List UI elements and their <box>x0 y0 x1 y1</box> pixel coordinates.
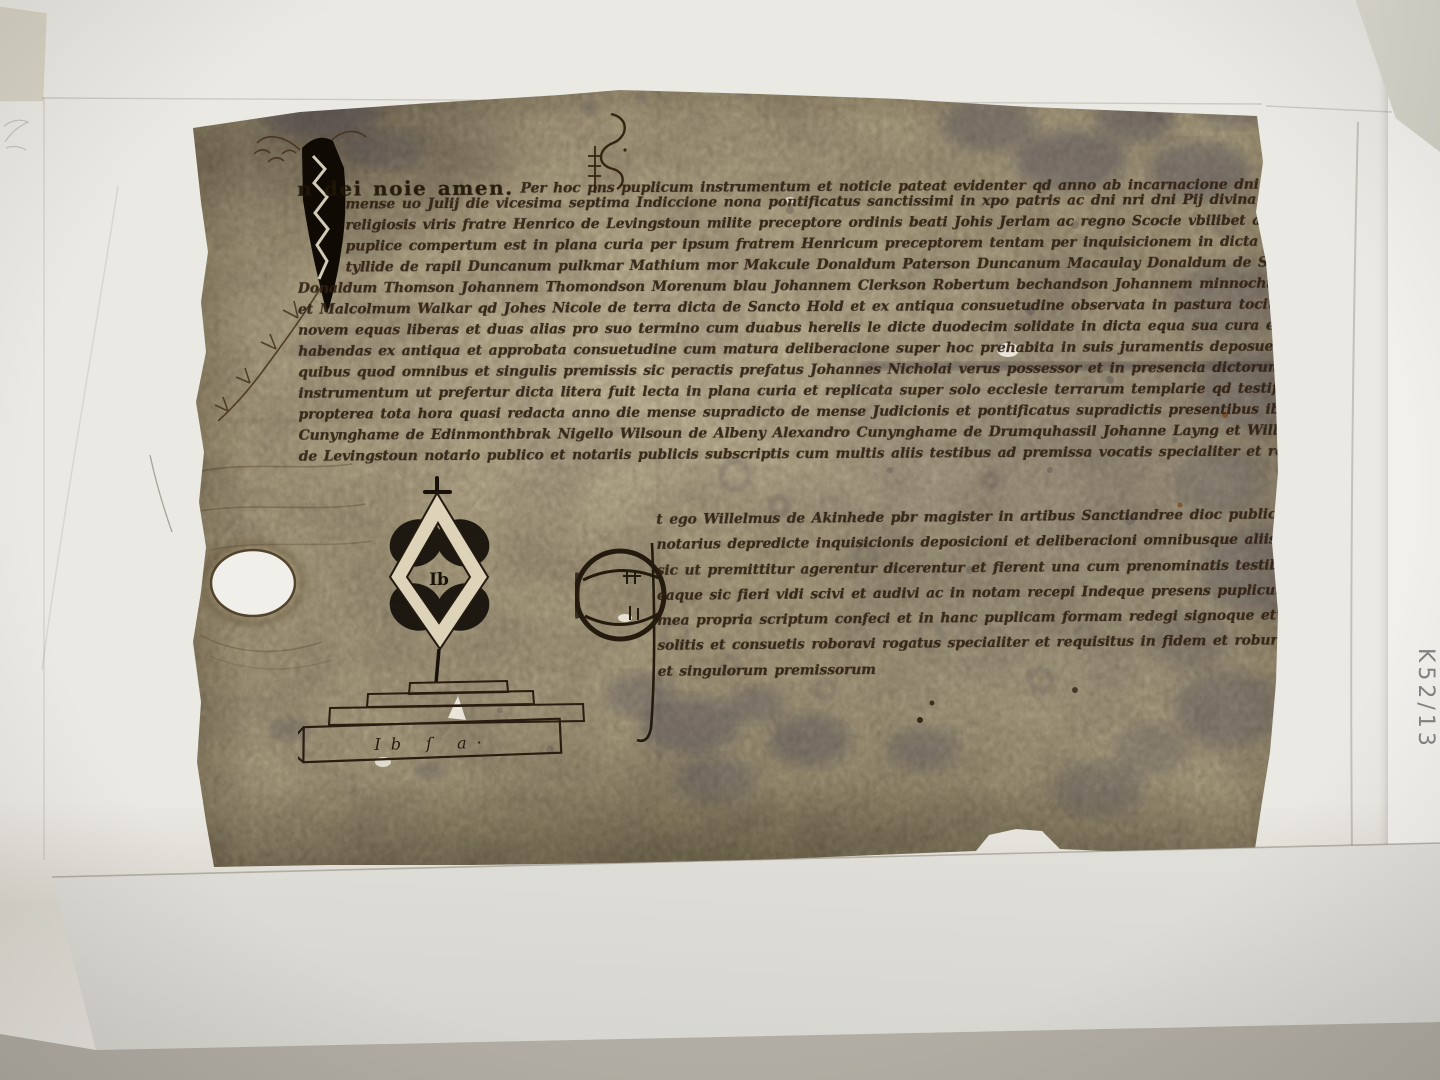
crease-diagonal-left <box>42 186 118 670</box>
quatrefoil-lobes <box>382 511 497 640</box>
paragraph-bracket <box>637 543 654 741</box>
notarial-cross-icon <box>425 478 450 517</box>
mark-banner: Ib ſ a· <box>298 719 561 763</box>
backing-paper-beige-corner <box>0 0 60 110</box>
crease-horizontal-right <box>1266 106 1392 112</box>
banner-text: Ib ſ a· <box>373 733 492 754</box>
stepped-base <box>329 681 584 725</box>
initial-inner-marks <box>623 570 641 620</box>
parchment-charter: n dei noie amen.Per hoc pns puplicum ins… <box>170 50 1310 875</box>
parchment-hole <box>200 543 332 669</box>
mark-stem <box>436 649 439 683</box>
notarial-attestation-block: t ego Willelmus de Akinhede pbr magister… <box>656 507 1330 690</box>
attestation-line: et singulorum premissorum <box>658 659 1330 690</box>
pencil-inscription <box>4 120 28 150</box>
archive-photo-of-medieval-charter: K52/13 <box>0 0 1440 1080</box>
charter-text-block: n dei noie amen.Per hoc pns puplicum ins… <box>297 171 1369 471</box>
charter-line: de Levingstoun notario publico et notari… <box>299 444 1369 471</box>
ribbon-diamond <box>390 493 488 649</box>
notarial-mark: Ib Ib ſ a· <box>298 465 598 825</box>
notarial-monogram: Ib <box>429 570 449 590</box>
archive-reference-label: K52/13 <box>1268 648 1438 682</box>
folder-edge-right <box>1388 0 1440 1080</box>
loose-thread <box>150 455 172 532</box>
folder-left-edge <box>1351 122 1358 852</box>
